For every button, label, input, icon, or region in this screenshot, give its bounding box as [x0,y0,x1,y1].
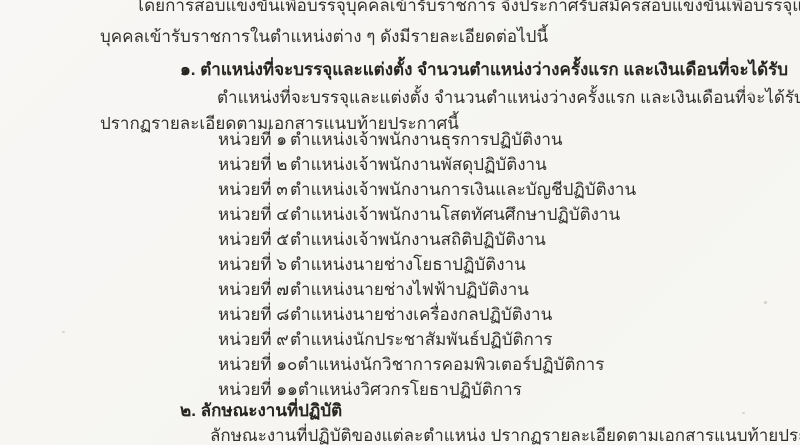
unit-position: ตำแหน่งเจ้าพนักงานพัสดุปฏิบัติงาน [290,152,547,177]
section-1-heading: ๑. ตำแหน่งที่จะบรรจุและแต่งตั้ง จำนวนตำแ… [180,57,788,83]
section-1-body-line-1: ตำแหน่งที่จะบรรจุและแต่งตั้ง จำนวนตำแหน่… [217,85,800,111]
unit-position: ตำแหน่งเจ้าพนักงานการเงินและบัญชีปฏิบัติ… [290,177,636,202]
unit-number: หน่วยที่ ๘ [218,302,290,327]
unit-row: หน่วยที่ ๙ ตำแหน่งนักประชาสัมพันธ์ปฏิบัต… [218,327,636,352]
unit-row: หน่วยที่ ๒ ตำแหน่งเจ้าพนักงานพัสดุปฏิบัต… [218,152,636,177]
scan-speck [62,331,65,333]
unit-position: ตำแหน่งเจ้าพนักงานสถิติปฏิบัติงาน [290,227,546,252]
intro-line-2: บุคคลเข้ารับราชการในตำแหน่งต่าง ๆ ดังมีร… [100,24,548,50]
unit-row: หน่วยที่ ๑ ตำแหน่งเจ้าพนักงานธุรการปฏิบั… [218,127,636,152]
unit-position: ตำแหน่งนายช่างเครื่องกลปฏิบัติงาน [290,302,552,327]
unit-number: หน่วยที่ ๖ [218,252,290,277]
unit-row: หน่วยที่ ๖ ตำแหน่งนายช่างโยธาปฏิบัติงาน [218,252,636,277]
unit-number: หน่วยที่ ๓ [218,177,290,202]
unit-position: ตำแหน่งนายช่างโยธาปฏิบัติงาน [290,252,526,277]
scan-speck [749,92,753,95]
unit-position: ตำแหน่งนักประชาสัมพันธ์ปฏิบัติการ [290,327,553,352]
unit-row: หน่วยที่ ๕ ตำแหน่งเจ้าพนักงานสถิติปฏิบัต… [218,227,636,252]
unit-row: หน่วยที่ ๗ ตำแหน่งนายช่างไฟฟ้าปฏิบัติงาน [218,277,636,302]
unit-number: หน่วยที่ ๙ [218,327,290,352]
unit-number: หน่วยที่ ๗ [218,277,290,302]
unit-row: หน่วยที่ ๓ ตำแหน่งเจ้าพนักงานการเงินและบ… [218,177,636,202]
scan-speck [764,301,767,304]
intro-line-1: โดยการสอบแข่งขันเพื่อบรรจุบุคคลเข้ารับรา… [135,0,800,19]
unit-row: หน่วยที่ ๘ ตำแหน่งนายช่างเครื่องกลปฏิบัต… [218,302,636,327]
unit-position-list: หน่วยที่ ๑ ตำแหน่งเจ้าพนักงานธุรการปฏิบั… [218,127,636,402]
section-2-heading: ๒. ลักษณะงานที่ปฏิบัติ [180,398,342,424]
unit-number: หน่วยที่ ๔ [218,202,290,227]
unit-position: ตำแหน่งเจ้าพนักงานโสตทัศนศึกษาปฏิบัติงาน [290,202,620,227]
unit-position: ตำแหน่งนายช่างไฟฟ้าปฏิบัติงาน [290,277,529,302]
section-2-body-line-1: ลักษณะงานที่ปฏิบัติของแต่ละตำแหน่ง ปรากฏ… [210,423,800,445]
unit-number: หน่วยที่ ๒ [218,152,290,177]
scanned-announcement-page: โดยการสอบแข่งขันเพื่อบรรจุบุคคลเข้ารับรา… [0,0,800,445]
unit-number: หน่วยที่ ๕ [218,227,290,252]
unit-row: หน่วยที่ ๑๐ ตำแหน่งนักวิชาการคอมพิวเตอร์… [218,352,636,377]
unit-position: ตำแหน่งเจ้าพนักงานธุรการปฏิบัติงาน [290,127,563,152]
unit-position: ตำแหน่งนักวิชาการคอมพิวเตอร์ปฏิบัติการ [297,352,604,377]
scan-speck [742,412,745,414]
unit-number: หน่วยที่ ๑๐ [218,352,297,377]
unit-row: หน่วยที่ ๔ ตำแหน่งเจ้าพนักงานโสตทัศนศึกษ… [218,202,636,227]
unit-number: หน่วยที่ ๑ [218,127,290,152]
